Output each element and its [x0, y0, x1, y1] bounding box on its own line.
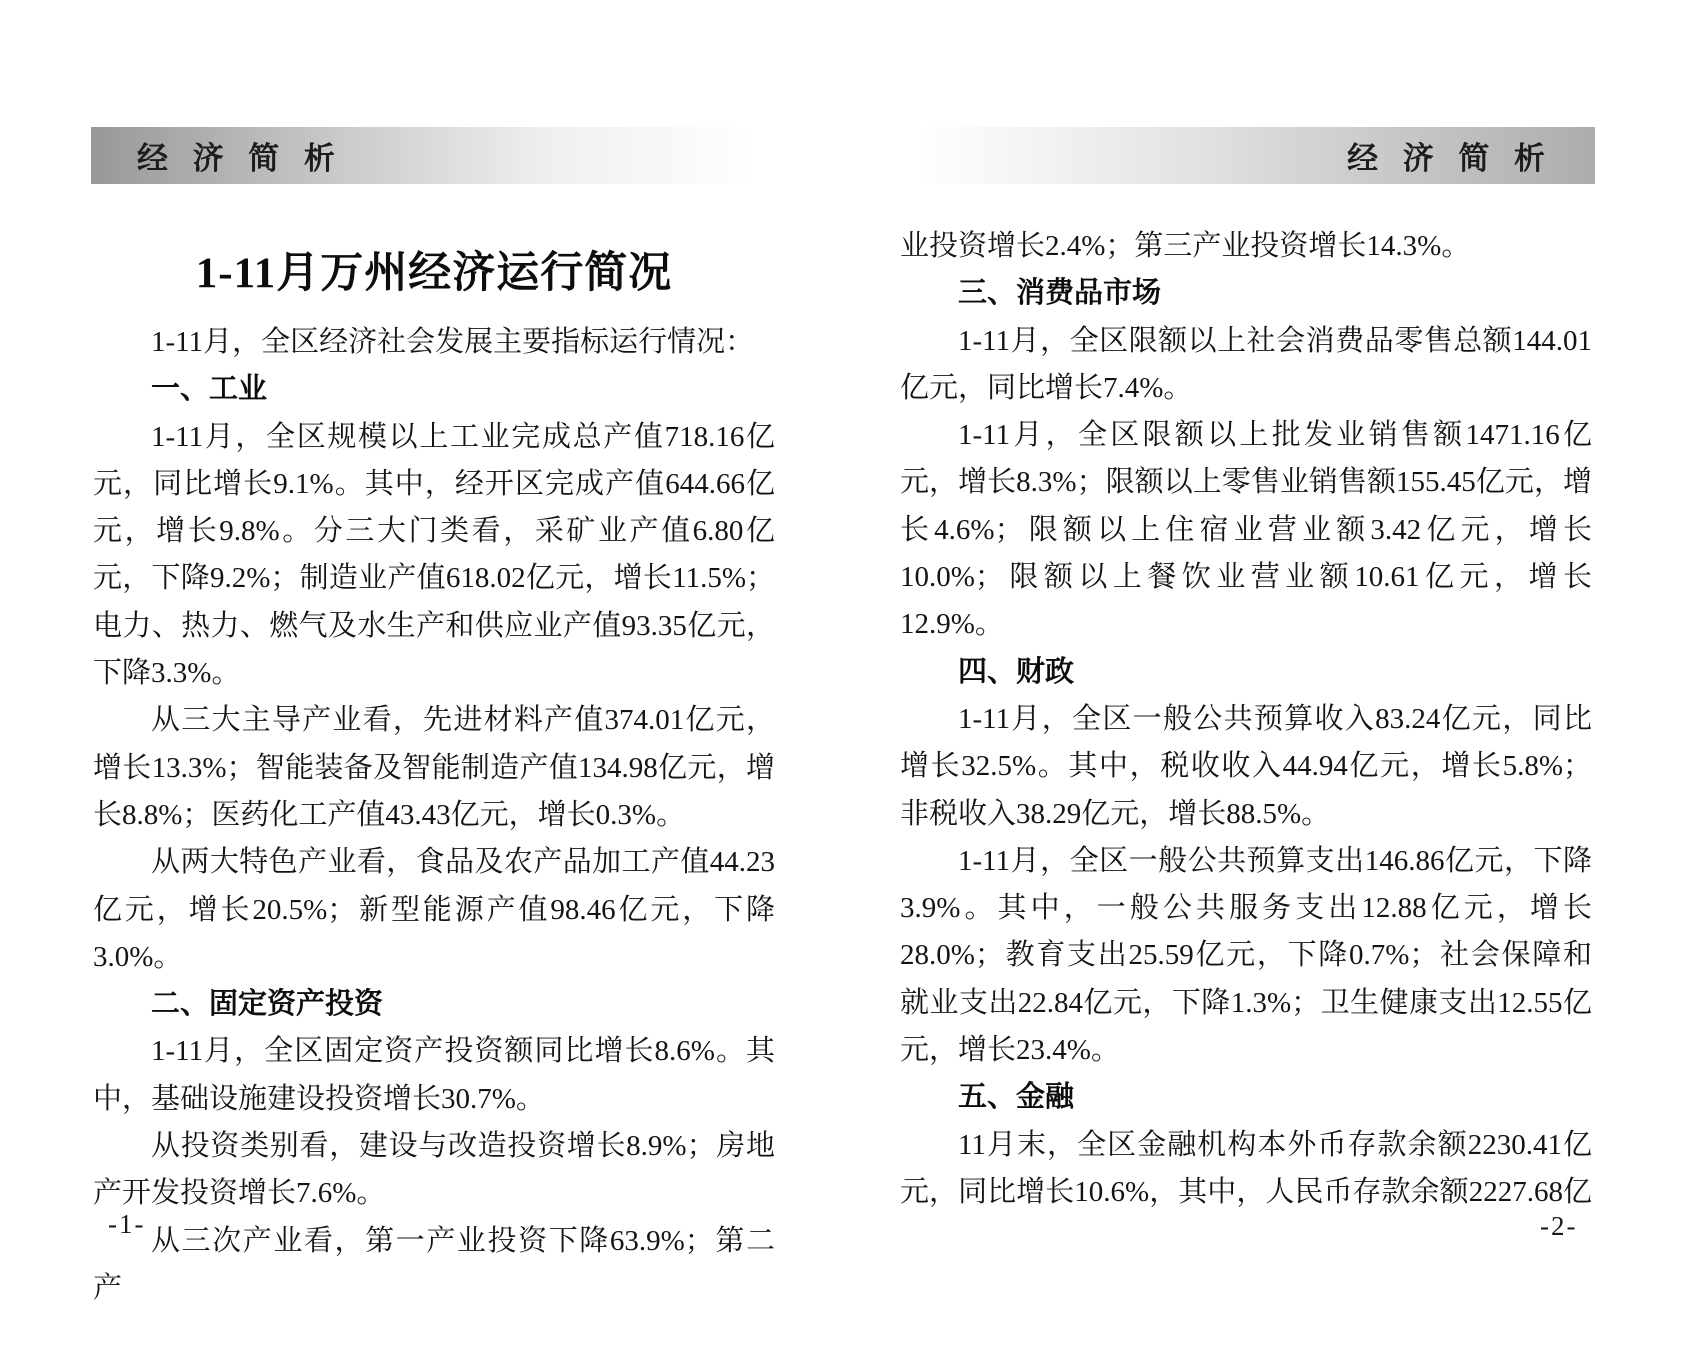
page-number-2: -2- — [1540, 1211, 1577, 1242]
paragraph: 从三大主导产业看，先进材料产值374.01亿元，增长13.3%；智能装备及智能制… — [93, 697, 775, 839]
section-heading: 五、金融 — [900, 1074, 1592, 1121]
header-band-left-page: 经 济 简 析 — [91, 127, 791, 184]
paragraph: 从投资类别看，建设与改造投资增长8.9%；房地产开发投资增长7.6%。 — [93, 1123, 775, 1218]
section-heading: 三、消费品市场 — [900, 270, 1592, 317]
paragraph-continuation: 业投资增长2.4%；第三产业投资增长14.3%。 — [900, 223, 1592, 270]
left-page-body: 1-11月万州经济运行简况 1-11月，全区经济社会发展主要指标运行情况：一、工… — [93, 248, 775, 1312]
paragraph: 1-11月，全区限额以上社会消费品零售总额144.01亿元，同比增长7.4%。 — [900, 318, 1592, 413]
left-blocks: 1-11月，全区经济社会发展主要指标运行情况：一、工业1-11月，全区规模以上工… — [93, 319, 775, 1312]
paragraph: 11月末，全区金融机构本外币存款余额2230.41亿元，同比增长10.6%，其中… — [900, 1122, 1592, 1217]
header-band-right-page: 经 济 简 析 — [917, 127, 1595, 184]
paragraph: 1-11月，全区限额以上批发业销售额1471.16亿元，增长8.3%；限额以上零… — [900, 412, 1592, 648]
header-label-right: 经 济 简 析 — [1347, 133, 1553, 178]
paragraph: 1-11月，全区规模以上工业完成总产值718.16亿元，同比增长9.1%。其中，… — [93, 414, 775, 698]
paragraph: 1-11月，全区经济社会发展主要指标运行情况： — [93, 319, 775, 366]
section-heading: 二、固定资产投资 — [93, 981, 775, 1028]
section-heading: 一、工业 — [93, 366, 775, 413]
section-heading: 四、财政 — [900, 649, 1592, 696]
document-spread: 经 济 简 析 经 济 简 析 1-11月万州经济运行简况 1-11月，全区经济… — [0, 0, 1686, 1353]
right-blocks: 业投资增长2.4%；第三产业投资增长14.3%。三、消费品市场1-11月，全区限… — [900, 223, 1592, 1216]
paragraph: 1-11月，全区固定资产投资额同比增长8.6%。其中，基础设施建设投资增长30.… — [93, 1028, 775, 1123]
header-label-left: 经 济 简 析 — [137, 133, 343, 178]
paragraph: 从三次产业看，第一产业投资下降63.9%；第二产 — [93, 1218, 775, 1313]
right-page-body: 业投资增长2.4%；第三产业投资增长14.3%。三、消费品市场1-11月，全区限… — [900, 223, 1592, 1216]
paragraph: 1-11月，全区一般公共预算支出146.86亿元，下降3.9%。其中，一般公共服… — [900, 838, 1592, 1074]
paragraph: 1-11月，全区一般公共预算收入83.24亿元，同比增长32.5%。其中，税收收… — [900, 696, 1592, 838]
document-title: 1-11月万州经济运行简况 — [93, 248, 775, 300]
page-number-1: -1- — [108, 1209, 145, 1240]
paragraph: 从两大特色产业看，食品及农产品加工产值44.23亿元，增长20.5%；新型能源产… — [93, 839, 775, 981]
